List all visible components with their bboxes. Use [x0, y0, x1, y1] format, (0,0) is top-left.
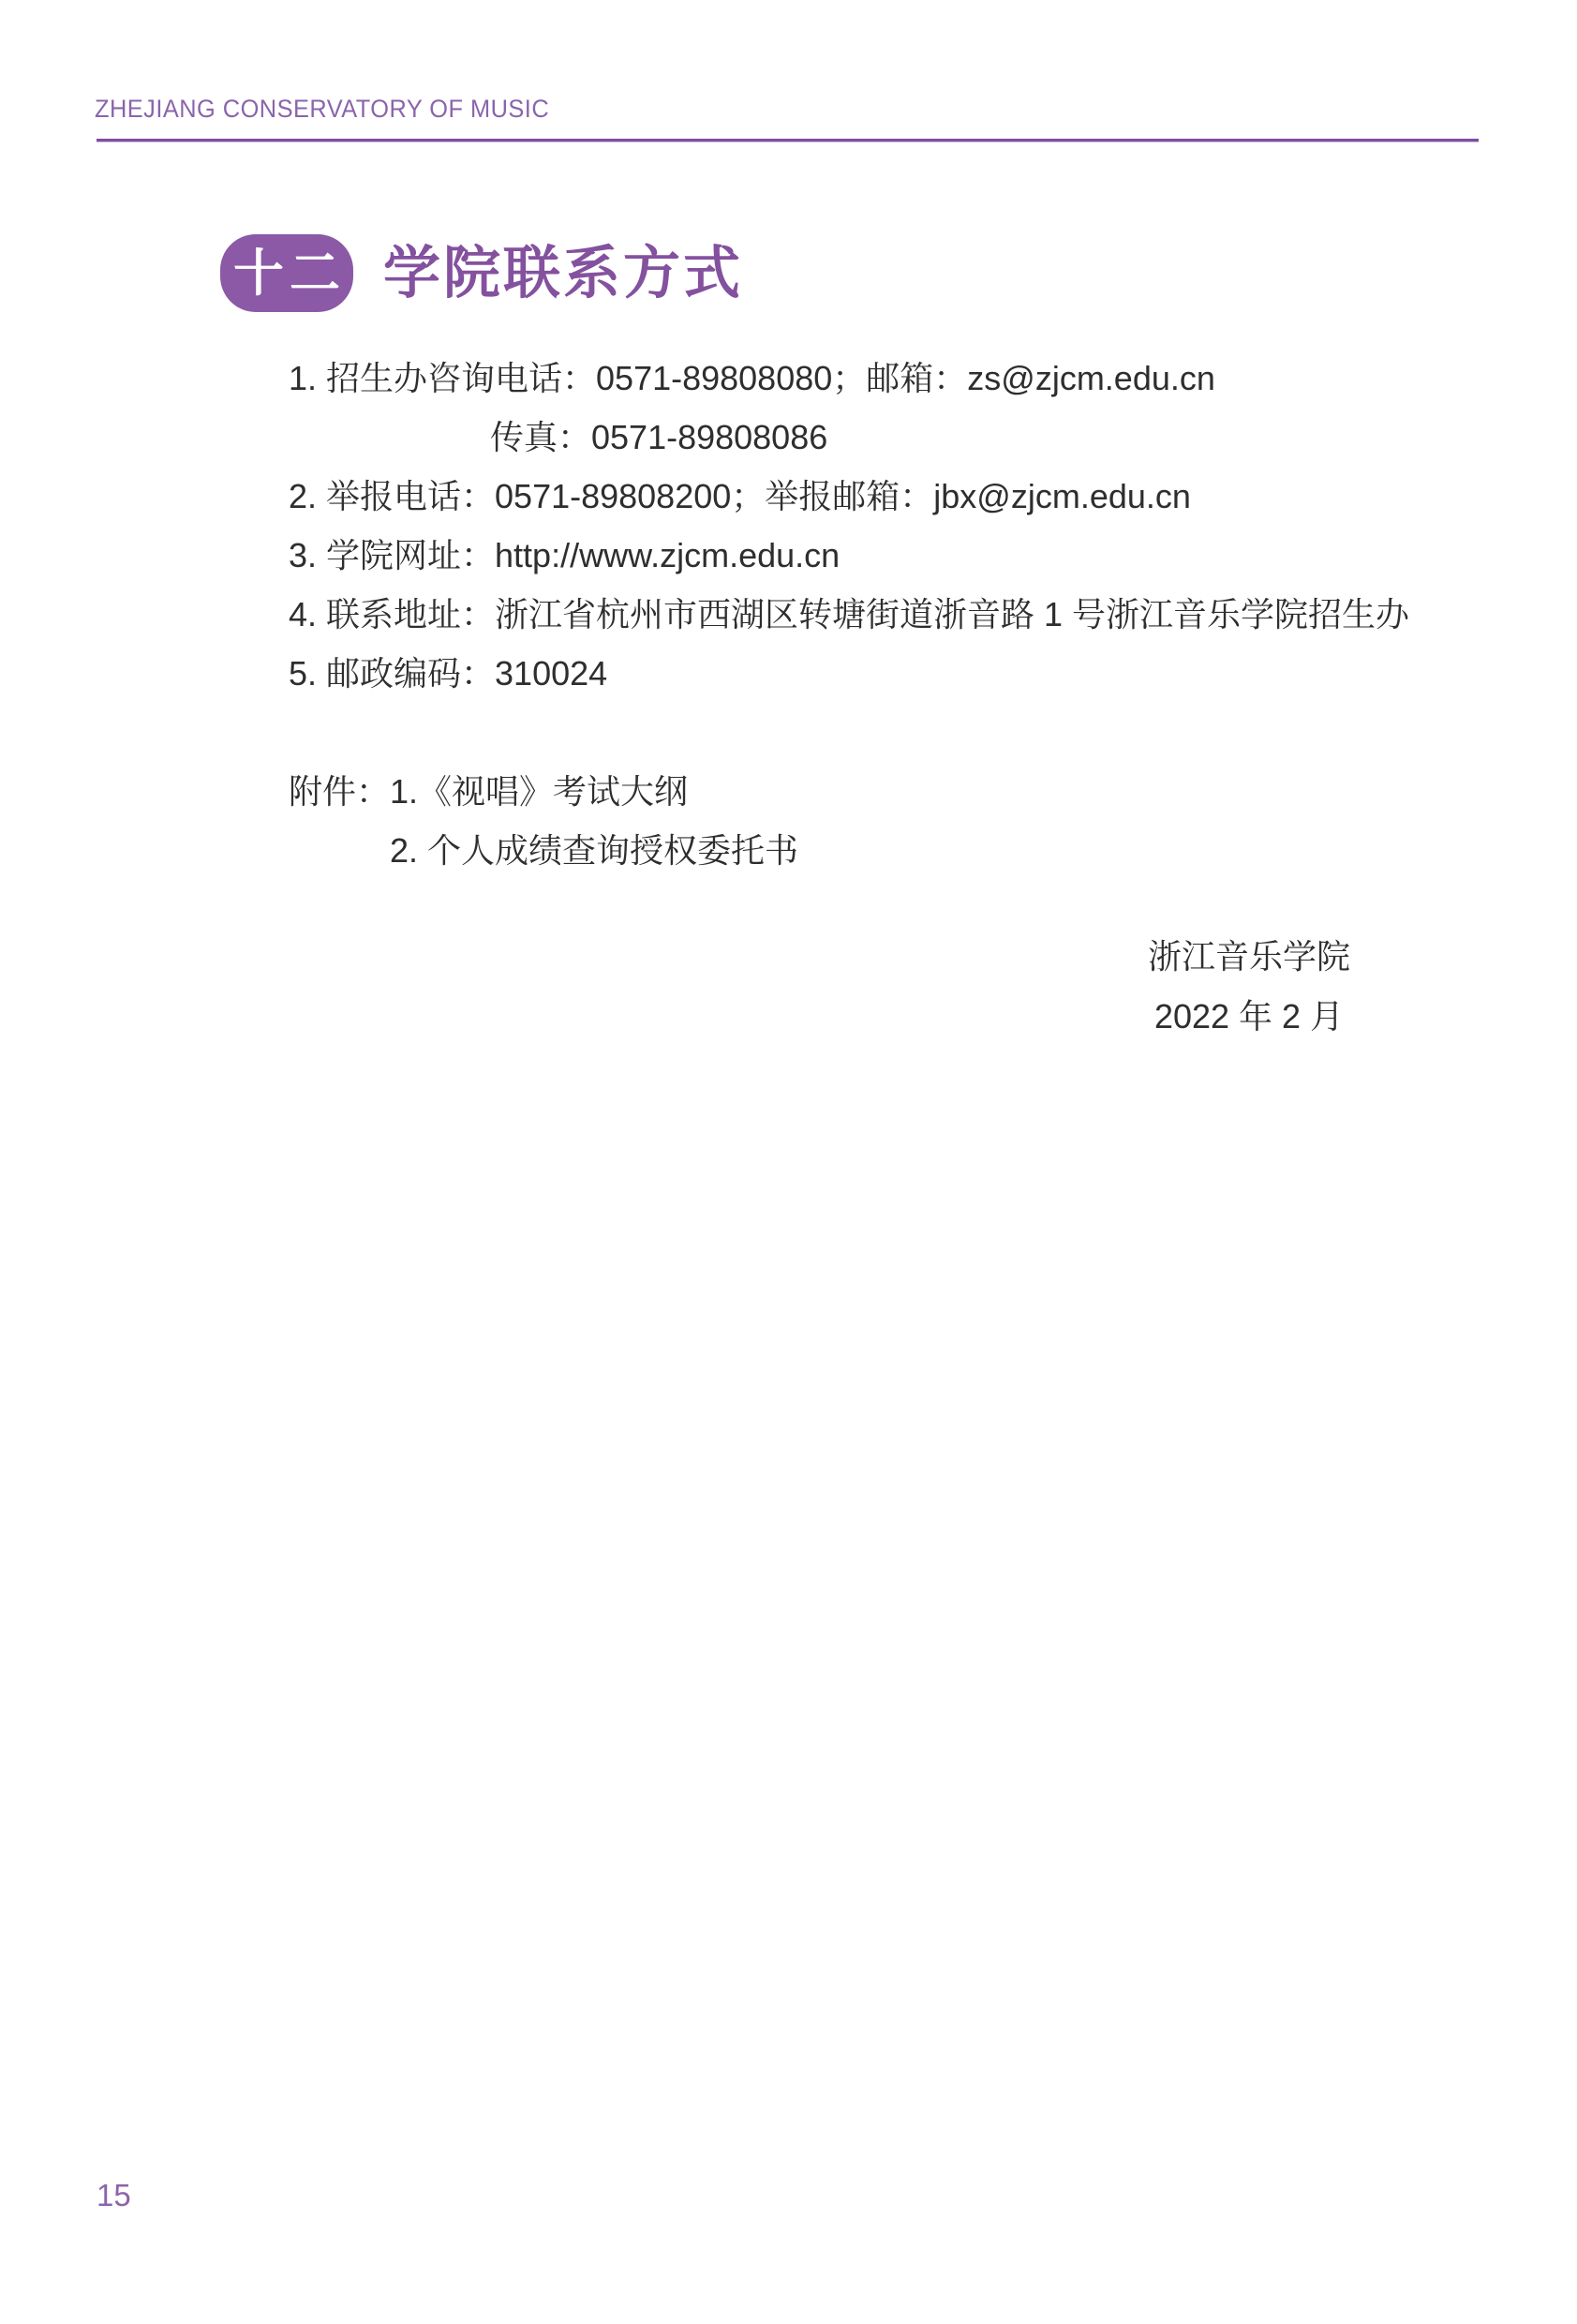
- contact-line-address: 4. 联系地址：浙江省杭州市西湖区转塘街道浙音路 1 号浙江音乐学院招生办: [289, 585, 1409, 644]
- attachment-line-2: 2. 个人成绩查询授权委托书: [289, 821, 798, 880]
- contact-info-list: 1. 招生办咨询电话：0571-89808080；邮箱：zs@zjcm.edu.…: [289, 349, 1409, 703]
- attachments-block: 附件：1.《视唱》考试大纲 2. 个人成绩查询授权委托书: [289, 762, 798, 880]
- contact-line-postcode: 5. 邮政编码：310024: [289, 644, 1409, 703]
- signature-date: 2022 年 2 月: [1132, 987, 1366, 1047]
- section-title: 学院联系方式: [383, 245, 743, 302]
- header-divider-line: [97, 139, 1479, 142]
- section-number-badge: 十二: [220, 234, 353, 312]
- contact-line-fax: 传真：0571-89808086: [289, 408, 1409, 467]
- signature-org: 浙江音乐学院: [1132, 927, 1366, 987]
- document-page: ZHEJIANG CONSERVATORY OF MUSIC 十二 学院联系方式…: [0, 0, 1577, 2324]
- page-header-school-name: ZHEJIANG CONSERVATORY OF MUSIC: [95, 95, 549, 124]
- attachment-line-1: 附件：1.《视唱》考试大纲: [289, 762, 798, 821]
- contact-line-phone-email: 1. 招生办咨询电话：0571-89808080；邮箱：zs@zjcm.edu.…: [289, 349, 1409, 408]
- page-number: 15: [97, 2178, 131, 2213]
- signature-block: 浙江音乐学院 2022 年 2 月: [1132, 927, 1366, 1047]
- section-heading: 十二 学院联系方式: [220, 234, 743, 312]
- contact-line-report-phone-email: 2. 举报电话：0571-89808200；举报邮箱：jbx@zjcm.edu.…: [289, 467, 1409, 526]
- contact-line-website: 3. 学院网址：http://www.zjcm.edu.cn: [289, 526, 1409, 585]
